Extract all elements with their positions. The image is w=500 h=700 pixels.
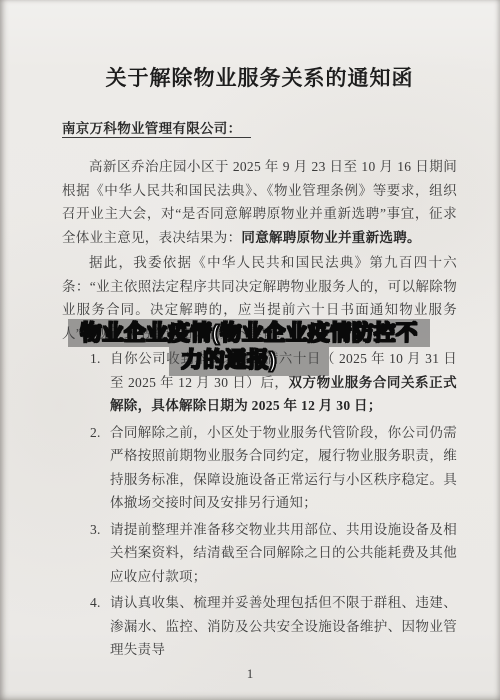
headline-line-2: 力的通报) <box>169 347 329 376</box>
paragraph-vote-result: 高新区乔治庄园小区于 2025 年 9 月 23 日至 10 月 16 日期间根… <box>62 155 457 249</box>
headline-line-2-wrap: 力的通报) <box>68 347 430 376</box>
item-text-normal: 请认真收集、梳理并妥善处理包括但不限于群租、违建、渗漏水、监控、消防及公共安全设… <box>110 595 457 657</box>
addressee-line: 南京万科物业管理有限公司： <box>62 117 457 141</box>
list-item: 2. 合同解除之前，小区处于物业服务代管阶段，你公司仍需严格按照前期物业服务合同… <box>90 421 457 515</box>
item-text-normal: 请提前整理并准备移交物业共用部位、共用设施设备及相关档案资料，结清截至合同解除之… <box>110 522 457 584</box>
item-text: 合同解除之前，小区处于物业服务代管阶段，你公司仍需严格按照前期物业服务合同约定，… <box>110 421 457 515</box>
headline-overlay: 物业企业疫情(物业企业疫情防控不 力的通报) <box>68 319 430 376</box>
item-number: 4. <box>90 591 110 662</box>
item-number: 2. <box>90 421 110 515</box>
document-title: 关于解除物业服务关系的通知函 <box>62 65 457 91</box>
notice-item-list: 1. 自你公司收到本函之日起满六十日（ 2025 年 10 月 31 日至 20… <box>62 347 457 662</box>
scanned-document-page: 关于解除物业服务关系的通知函 南京万科物业管理有限公司： 高新区乔治庄园小区于 … <box>0 0 500 700</box>
item-text: 请认真收集、梳理并妥善处理包括但不限于群租、违建、渗漏水、监控、消防及公共安全设… <box>110 591 457 662</box>
item-text: 请提前整理并准备移交物业共用部位、共用设施设备及相关档案资料，结清截至合同解除之… <box>110 518 457 589</box>
addressee-name: 南京万科物业管理有限公司： <box>62 121 251 138</box>
item-number: 3. <box>90 518 110 589</box>
item-text-normal: 合同解除之前，小区处于物业服务代管阶段，你公司仍需严格按照前期物业服务合同约定，… <box>110 425 457 511</box>
list-item: 4. 请认真收集、梳理并妥善处理包括但不限于群租、违建、渗漏水、监控、消防及公共… <box>90 591 457 662</box>
list-item: 3. 请提前整理并准备移交物业共用部位、共用设施设备及相关档案资料，结清截至合同… <box>90 518 457 589</box>
bold-vote-result: 同意解聘原物业并重新选聘。 <box>241 230 420 245</box>
page-number: 1 <box>0 666 500 682</box>
headline-line-1: 物业企业疫情(物业企业疫情防控不 <box>68 319 430 347</box>
